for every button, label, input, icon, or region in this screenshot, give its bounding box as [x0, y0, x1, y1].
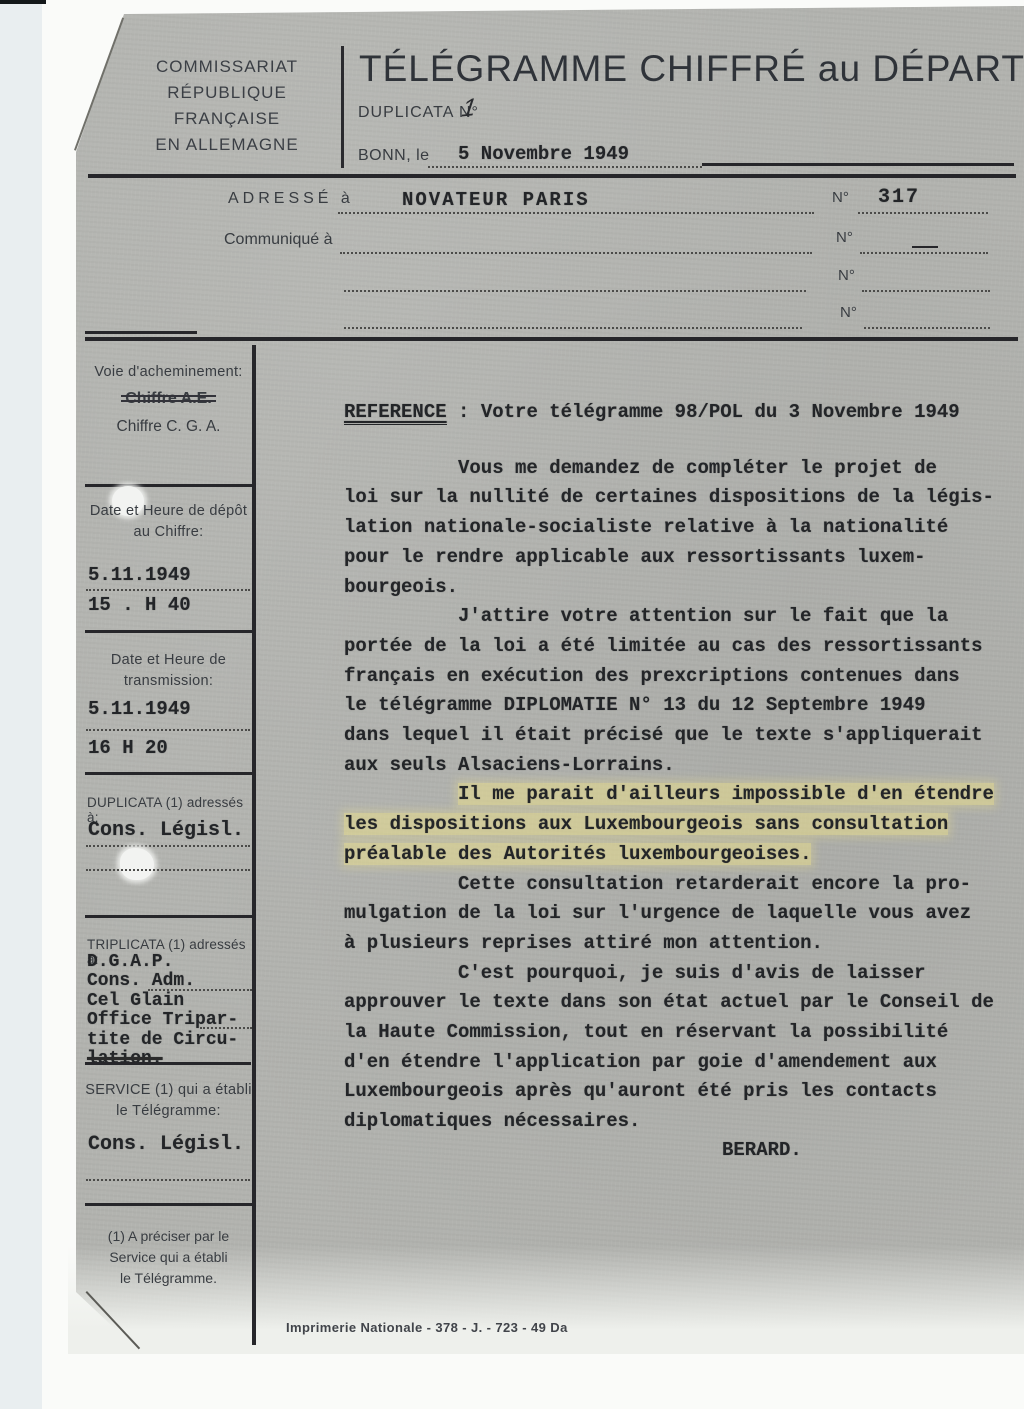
body-text: d'en étendre l'application par goie d'am… [344, 1051, 937, 1073]
body-text: Il me parait d'ailleurs impossible d'en … [458, 783, 994, 805]
issuer-line: RÉPUBLIQUE FRANÇAISE [118, 80, 336, 132]
blank-dotted-line [344, 290, 806, 292]
depot-label: Date et Heure de dépôt au Chiffre: [85, 501, 252, 543]
scanned-telegram-page: { "colors": { "paper": "#b2b3af", "ink_t… [0, 0, 1024, 1409]
body-text: la Haute Commission, tout en réservant l… [344, 1021, 948, 1043]
body-text: diplomatiques nécessaires. [344, 1110, 640, 1132]
body-text-line: mulgation de la loi sur l'urgence de laq… [344, 899, 1022, 929]
voie-label: Voie d'acheminement: [85, 362, 252, 383]
service-label: SERVICE (1) qui a établi le Télégramme: [85, 1080, 252, 1122]
blank-dotted-line [344, 327, 802, 329]
form-title: TÉLÉGRAMME CHIFFRÉ au DÉPART [359, 48, 1019, 90]
sidebar-dotted-line [86, 845, 250, 847]
body-text-line: loi sur la nullité de certaines disposit… [344, 483, 1022, 513]
body-paragraphs: Vous me demandez de compléter le projet … [344, 454, 1022, 1137]
depot-time: 15 . H 40 [88, 594, 191, 616]
body-text: J'attire votre attention sur le fait que… [458, 605, 948, 627]
body-text-line: Cette consultation retarderait encore la… [344, 870, 1022, 900]
place-date-label: BONN, le [358, 147, 430, 165]
transmission-time: 16 H 20 [88, 737, 168, 759]
section-rule-offset [85, 331, 197, 334]
numero-dotted-line [864, 327, 990, 329]
body-text-line: portée de la loi a été limitée au cas de… [344, 632, 1022, 662]
body-text: mulgation de la loi sur l'urgence de laq… [344, 902, 971, 924]
numero-label: N° [838, 267, 855, 284]
body-text: aux seuls Alsaciens-Lorrains. [344, 754, 675, 776]
spacer [344, 428, 1022, 454]
footnote-line: Service qui a établi [85, 1247, 252, 1268]
body-text-line: Luxembourgeois après qu'auront été pris … [344, 1077, 1022, 1107]
body-text: loi sur la nullité de certaines disposit… [344, 486, 994, 508]
numero-label: N° [840, 304, 857, 321]
voie-value: Chiffre C. G. A. [85, 418, 252, 436]
body-text: Vous me demandez de compléter le projet … [458, 457, 937, 479]
body-text-line: la Haute Commission, tout en réservant l… [344, 1018, 1022, 1048]
service-label-line: le Télégramme: [85, 1101, 252, 1122]
date-typed-value: 5 Novembre 1949 [458, 143, 629, 165]
issuer-line: COMMISSARIAT [118, 54, 336, 80]
adresse-label: ADRESSÉ à [228, 190, 354, 208]
body-text: approuver le texte dans son état actuel … [344, 991, 994, 1013]
numero-typed-value: 317 [878, 186, 920, 209]
paragraph: J'attire votre attention sur le fait que… [344, 602, 1022, 780]
sidebar-dotted-line [86, 1179, 250, 1181]
section-rule-mid [85, 337, 1018, 341]
body-text-line: Il me parait d'ailleurs impossible d'en … [344, 780, 1022, 810]
communique-dotted-line [340, 252, 812, 254]
body-text-line: diplomatiques nécessaires. [344, 1107, 1022, 1137]
signature: BERARD. [722, 1139, 802, 1161]
scanner-margin [0, 0, 42, 1409]
depot-date: 5.11.1949 [88, 564, 191, 586]
body-text-line: Vous me demandez de compléter le projet … [344, 454, 1022, 484]
sidebar-dotted-line [200, 1027, 252, 1029]
transmission-date: 5.11.1949 [88, 698, 191, 720]
body-text-line: aux seuls Alsaciens-Lorrains. [344, 751, 1022, 781]
sidebar-dotted-line [86, 729, 250, 731]
sidebar-dotted-line [86, 589, 250, 591]
body-text: Cette consultation retarderait encore la… [458, 873, 971, 895]
body-text-line: J'attire votre attention sur le fait que… [344, 602, 1022, 632]
numero-dotted-line [860, 252, 988, 254]
transmission-label-line: Date et Heure de [85, 650, 252, 671]
body-text-line: d'en étendre l'application par goie d'am… [344, 1048, 1022, 1078]
footnote-line: (1) A préciser par le [85, 1226, 252, 1247]
body-text: à plusieurs reprises attiré mon attentio… [344, 932, 823, 954]
body-text-line: pour le rendre applicable aux ressortiss… [344, 543, 1022, 573]
telegram-body: REFERENCE : Votre télégramme 98/POL du 3… [344, 398, 1022, 1137]
body-text-line: français en exécution des prexcriptions … [344, 662, 1022, 692]
footnote-line: le Télégramme. [85, 1268, 252, 1289]
body-text-line: à plusieurs reprises attiré mon attentio… [344, 929, 1022, 959]
sidebar-divider [85, 1203, 252, 1206]
transmission-label-line: transmission: [85, 671, 252, 692]
printer-imprint: Imprimerie Nationale - 378 - J. - 723 - … [286, 1320, 568, 1335]
reference-label: REFERENCE [344, 401, 447, 425]
sidebar-dotted-line [148, 989, 252, 991]
body-text-line: dans lequel il était précisé que le text… [344, 721, 1022, 751]
footnote: (1) A préciser par le Service qui a étab… [85, 1226, 252, 1289]
depot-label-line: au Chiffre: [85, 522, 252, 543]
paragraph: C'est pourquoi, je suis d'avis de laisse… [344, 959, 1022, 1137]
triplicata-line: D.G.A.P. [87, 953, 238, 972]
body-text: dans lequel il était précisé que le text… [344, 724, 983, 746]
body-text: C'est pourquoi, je suis d'avis de laisse… [458, 962, 925, 984]
sidebar-divider [85, 915, 252, 918]
communique-label: Communiqué à [224, 231, 333, 249]
body-text-line: le télégramme DIPLOMATIE N° 13 du 12 Sep… [344, 691, 1022, 721]
scan-edge-artifact [0, 0, 46, 4]
body-text: les dispositions aux Luxembourgeois sans… [344, 813, 948, 835]
triplicata-line: Cel Glain [87, 992, 238, 1011]
sidebar-divider [85, 630, 252, 633]
body-text: pour le rendre applicable aux ressortiss… [344, 546, 926, 568]
body-text-line: les dispositions aux Luxembourgeois sans… [344, 810, 1022, 840]
paragraph: Cette consultation retarderait encore la… [344, 870, 1022, 959]
numero-dotted-line [858, 212, 988, 214]
sidebar-dotted-line [86, 869, 250, 871]
body-text: le télégramme DIPLOMATIE N° 13 du 12 Sep… [344, 694, 926, 716]
pen-dash [912, 246, 938, 248]
body-text: Luxembourgeois après qu'auront été pris … [344, 1080, 937, 1102]
triplicata-line: tite de Circu- [87, 1031, 238, 1050]
header-line [702, 163, 1014, 166]
reference-text: : Votre télégramme 98/POL du 3 Novembre … [447, 401, 960, 423]
service-value: Cons. Législ. [88, 1133, 244, 1156]
body-text-line: bourgeois. [344, 573, 1022, 603]
numero-label: N° [836, 229, 853, 246]
body-text-line: préalable des Autorités luxembourgeoises… [344, 840, 1022, 870]
body-text: préalable des Autorités luxembourgeoises… [344, 843, 811, 865]
reference-line: REFERENCE : Votre télégramme 98/POL du 3… [344, 398, 1022, 428]
adresse-typed-value: NOVATEUR PARIS [402, 189, 590, 211]
struck-text: Chiffre A.E. [125, 390, 212, 407]
depot-label-line: Date et Heure de dépôt [85, 501, 252, 522]
body-text-line: lation nationale-socialiste relative à l… [344, 513, 1022, 543]
sidebar-divider [85, 772, 252, 775]
body-text: bourgeois. [344, 576, 458, 598]
voie-struck-value: Chiffre A.E. [85, 390, 252, 408]
body-text-line: C'est pourquoi, je suis d'avis de laisse… [344, 959, 1022, 989]
body-text: français en exécution des prexcriptions … [344, 665, 960, 687]
highlighted-paragraph: Il me parait d'ailleurs impossible d'en … [344, 780, 1022, 869]
section-rule-top [88, 174, 1016, 178]
body-text: portée de la loi a été limitée au cas de… [344, 635, 983, 657]
paragraph: Vous me demandez de compléter le projet … [344, 454, 1022, 603]
triplicata-addressee-list: D.G.A.P. Cons. Adm. Cel Glain Office Tri… [87, 953, 238, 1069]
transmission-label: Date et Heure de transmission: [85, 650, 252, 692]
issuer-line: EN ALLEMAGNE [118, 132, 336, 158]
issuer-block: COMMISSARIAT RÉPUBLIQUE FRANÇAISE EN ALL… [118, 54, 336, 158]
service-label-line: SERVICE (1) qui a établi [85, 1080, 252, 1101]
sidebar-divider [85, 484, 252, 487]
header-divider [341, 46, 344, 168]
numero-dotted-line [862, 290, 990, 292]
adresse-dotted-line [338, 212, 814, 214]
triplicata-line-struck: lation. [87, 1050, 238, 1069]
duplicata-addressee-value: Cons. Législ. [88, 819, 244, 842]
strike-line [85, 1062, 251, 1065]
sidebar-vertical-rule [252, 345, 256, 1345]
body-text: lation nationale-socialiste relative à l… [344, 516, 948, 538]
body-text-line: approuver le texte dans son état actuel … [344, 988, 1022, 1018]
date-dotted-line [428, 166, 702, 168]
numero-label: N° [832, 189, 849, 206]
hole-punch [120, 848, 154, 880]
